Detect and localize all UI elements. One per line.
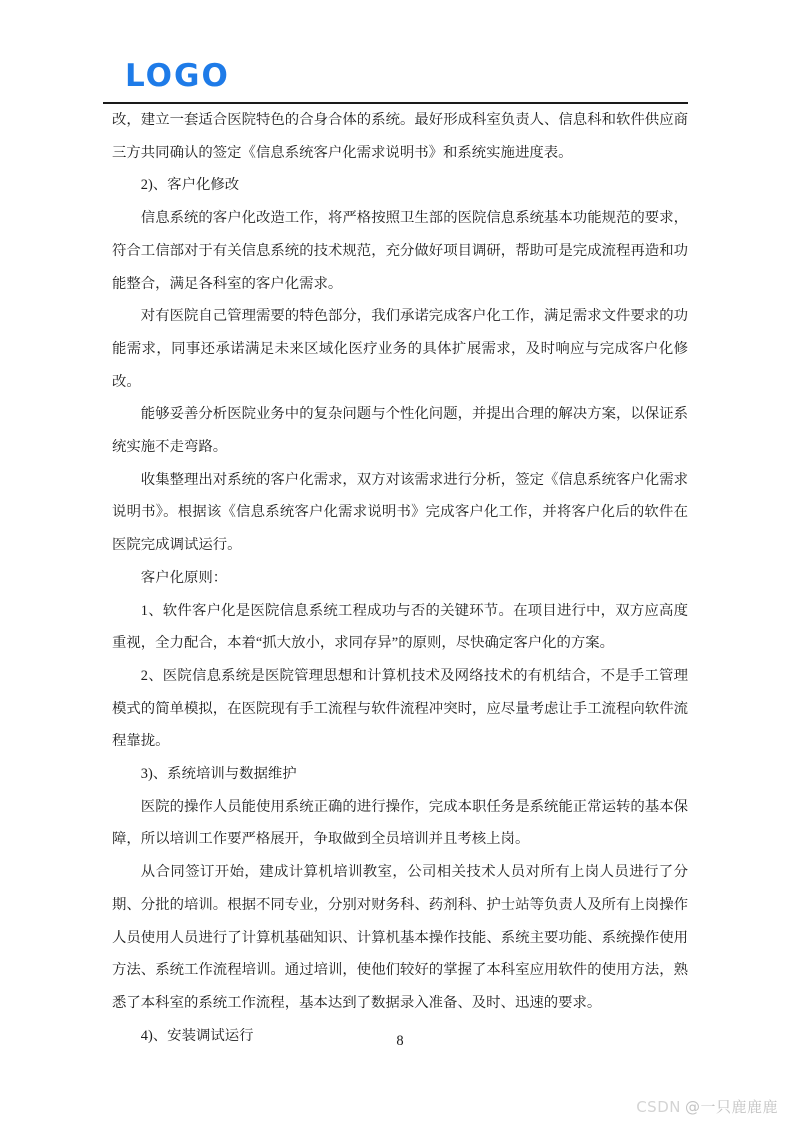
paragraph: 能够妥善分析医院业务中的复杂问题与个性化问题，并提出合理的解决方案，以保证系统实… (112, 398, 688, 463)
page-number: 8 (396, 1033, 403, 1049)
paragraph: 客户化原则： (112, 562, 688, 595)
watermark: CSDN@一只鹿鹿鹿 (636, 1096, 778, 1117)
document-page: LOGO 改，建立一套适合医院特色的合身合体的系统。最好形成科室负责人、信息科和… (0, 0, 800, 1132)
document-body: 改，建立一套适合医院特色的合身合体的系统。最好形成科室负责人、信息科和软件供应商… (112, 104, 688, 1052)
watermark-brand: CSDN (636, 1098, 681, 1116)
paragraph: 改，建立一套适合医院特色的合身合体的系统。最好形成科室负责人、信息科和软件供应商… (112, 104, 688, 169)
page-footer: 8 (0, 1033, 800, 1050)
paragraph: 收集整理出对系统的客户化需求，双方对该需求进行分析，签定《信息系统客户化需求说明… (112, 464, 688, 562)
watermark-user: @一只鹿鹿鹿 (685, 1098, 778, 1116)
paragraph: 医院的操作人员能使用系统正确的进行操作，完成本职任务是系统能正常运转的基本保障，… (112, 791, 688, 856)
logo: LOGO (125, 58, 230, 94)
paragraph: 从合同签订开始，建成计算机培训教室，公司相关技术人员对所有上岗人员进行了分期、分… (112, 856, 688, 1020)
section-heading: 2)、客户化修改 (112, 169, 688, 202)
paragraph: 1、软件客户化是医院信息系统工程成功与否的关键环节。在项目进行中，双方应高度重视… (112, 595, 688, 660)
section-heading: 3)、系统培训与数据维护 (112, 758, 688, 791)
paragraph: 信息系统的客户化改造工作，将严格按照卫生部的医院信息系统基本功能规范的要求，符合… (112, 202, 688, 300)
paragraph: 对有医院自己管理需要的特色部分，我们承诺完成客户化工作，满足需求文件要求的功能需… (112, 300, 688, 398)
paragraph: 2、医院信息系统是医院管理思想和计算机技术及网络技术的有机结合，不是手工管理模式… (112, 660, 688, 758)
